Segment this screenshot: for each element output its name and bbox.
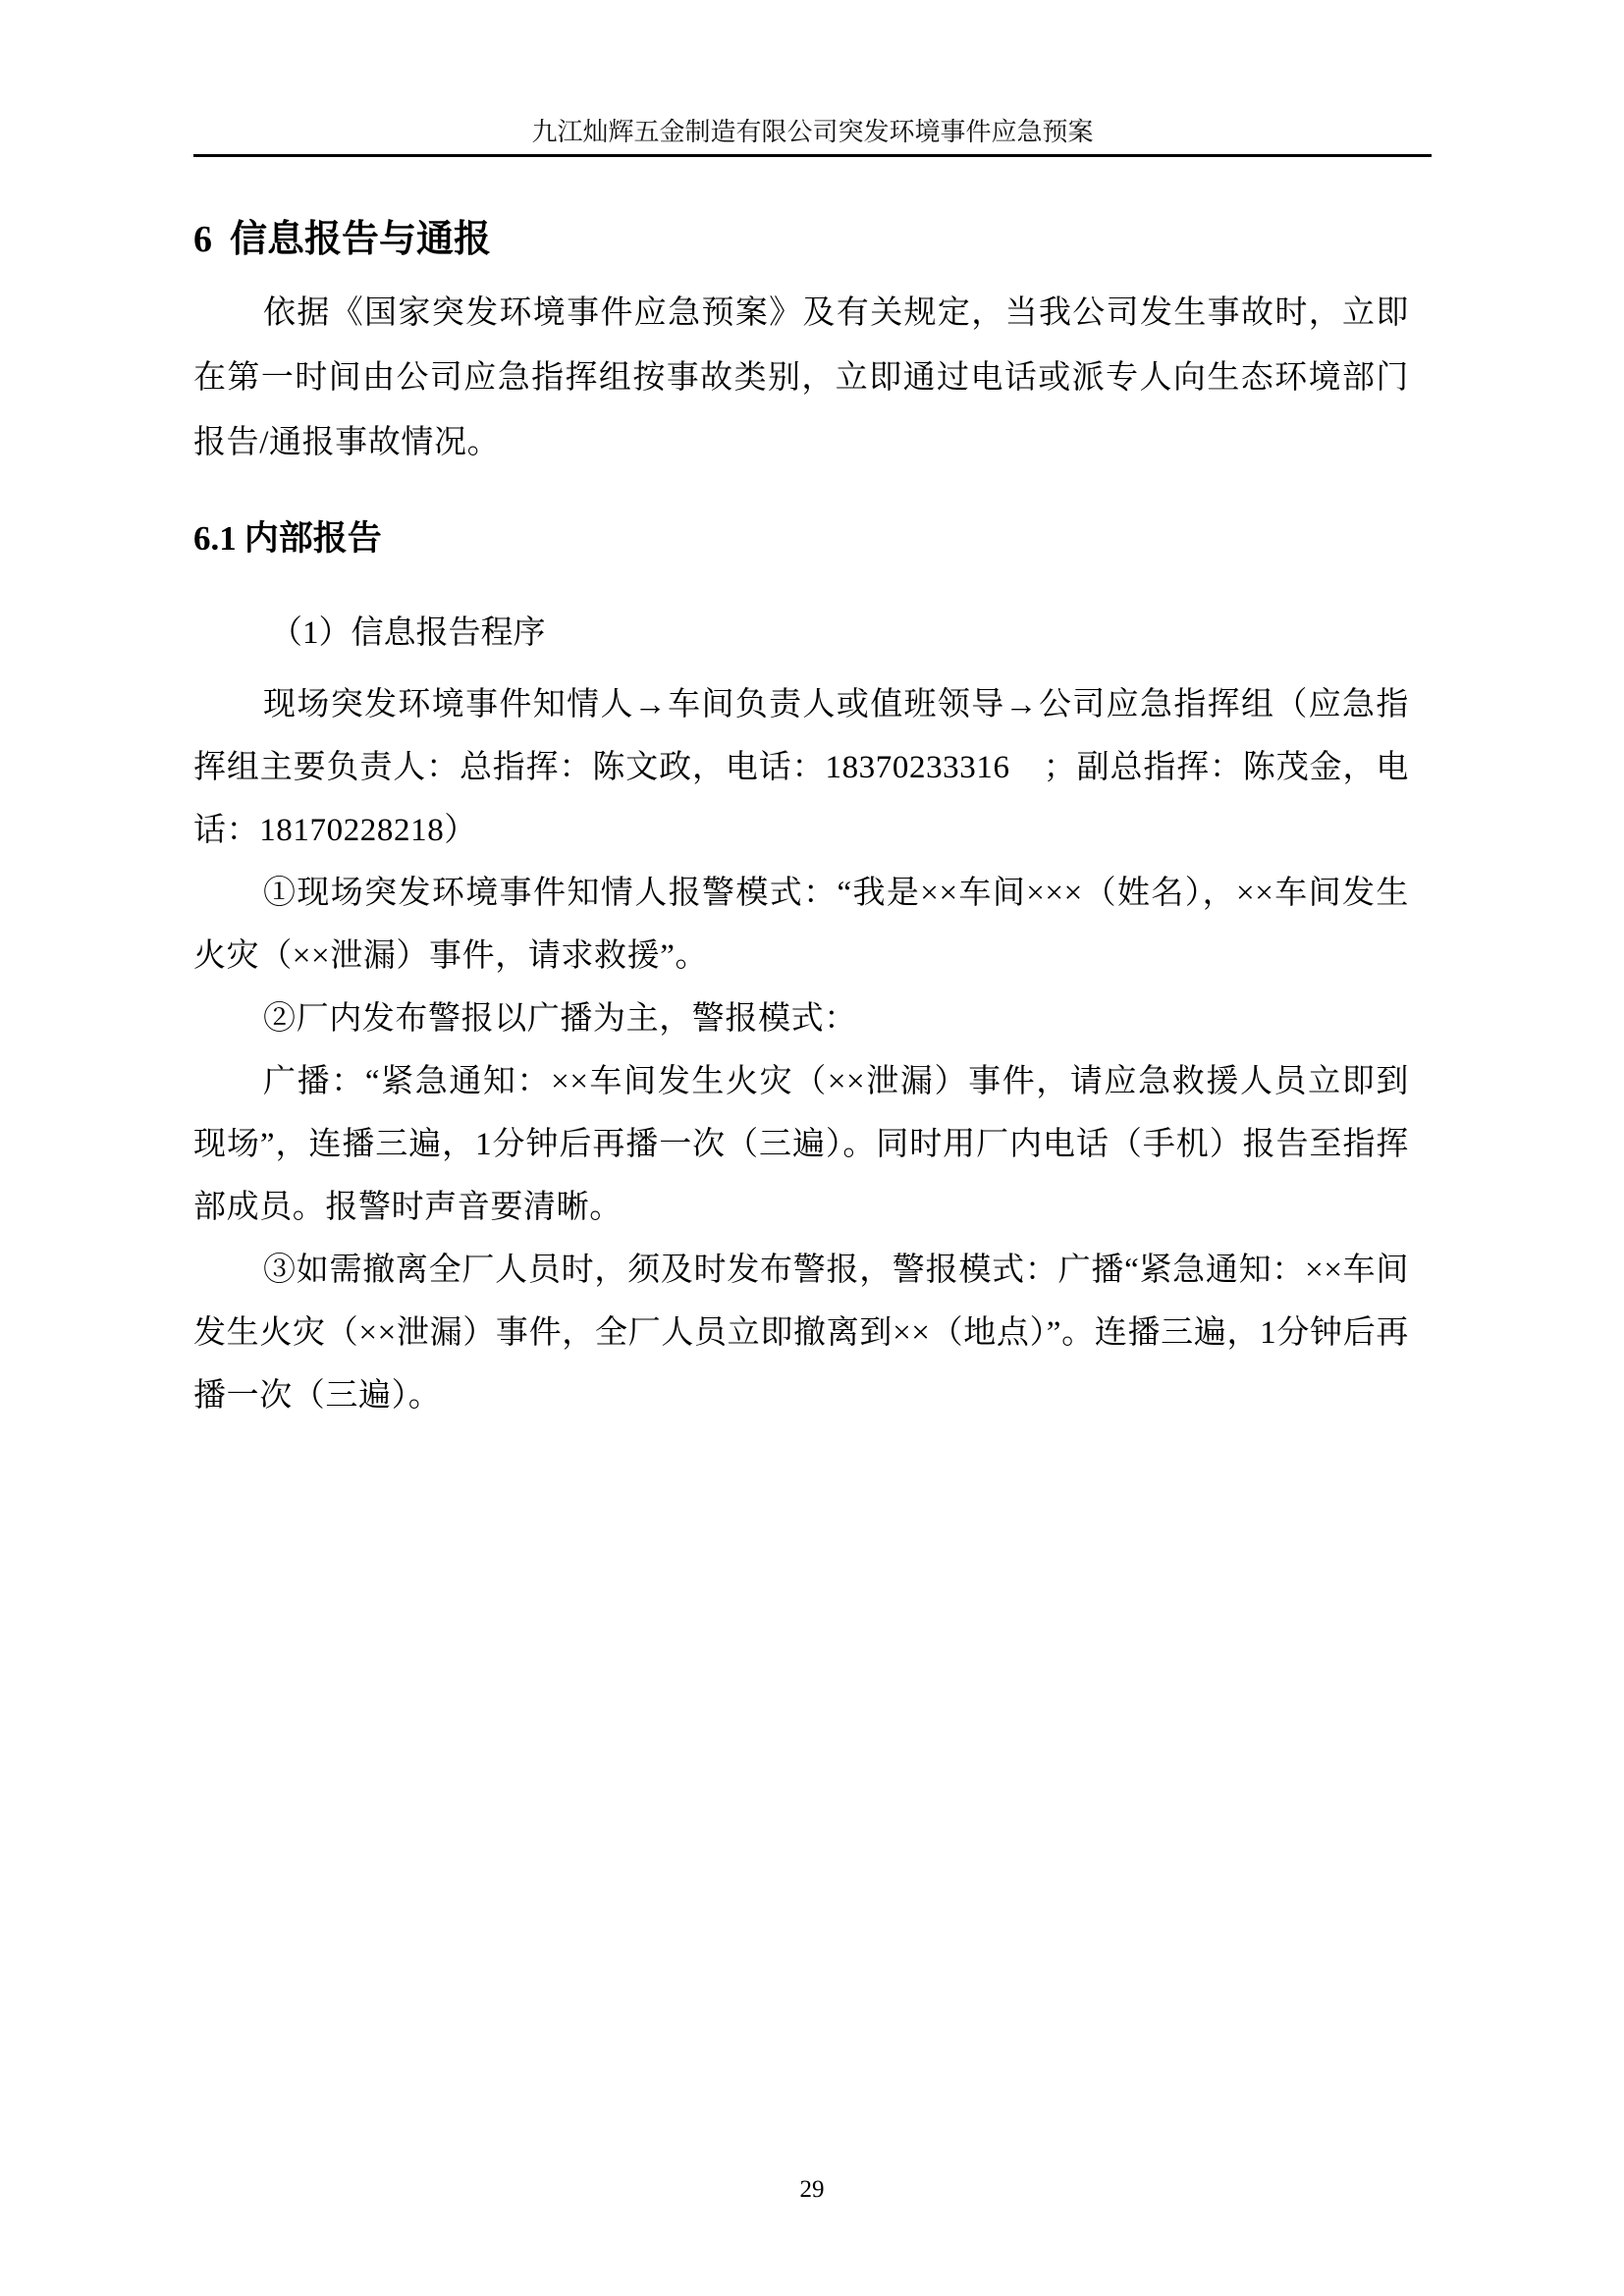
header-divider bbox=[193, 154, 1432, 157]
subsection-number: 6.1 bbox=[193, 519, 237, 558]
section-title: 信息报告与通报 bbox=[230, 219, 491, 260]
section-number: 6 bbox=[193, 219, 212, 260]
alarm-mode-paragraph-1: ①现场突发环境事件知情人报警模式：“我是××车间×××（姓名），××车间发生火灾… bbox=[193, 862, 1409, 988]
section-intro-paragraph: 依据《国家突发环境事件应急预案》及有关规定，当我公司发生事故时，立即在第一时间由… bbox=[193, 281, 1409, 475]
page-number: 29 bbox=[0, 2175, 1624, 2205]
running-header: 九江灿辉五金制造有限公司突发环境事件应急预案 bbox=[193, 116, 1432, 149]
item-heading: （1）信息报告程序 bbox=[270, 601, 546, 666]
evacuation-paragraph: ③如需撤离全厂人员时，须及时发布警报，警报模式：广播“紧急通知：××车间发生火灾… bbox=[193, 1239, 1409, 1427]
broadcast-paragraph: 广播：“紧急通知：××车间发生火灾（××泄漏）事件，请应急救援人员立即到现场”，… bbox=[193, 1050, 1409, 1239]
subsection-heading: 6.1内部报告 bbox=[193, 514, 382, 563]
section-heading: 6信息报告与通报 bbox=[193, 214, 491, 265]
subsection-title: 内部报告 bbox=[244, 519, 382, 558]
reporting-chain-paragraph: 现场突发环境事件知情人→车间负责人或值班领导→公司应急指挥组（应急指挥组主要负责… bbox=[193, 673, 1409, 862]
alarm-mode-paragraph-2: ②厂内发布警报以广播为主，警报模式： bbox=[193, 988, 1409, 1050]
